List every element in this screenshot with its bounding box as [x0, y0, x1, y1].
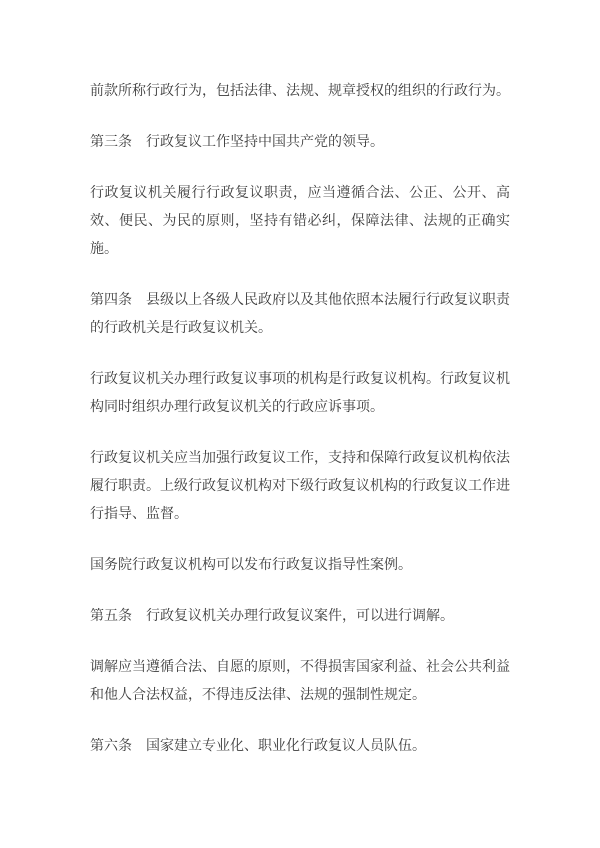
paragraph: 第三条 行政复议工作坚持中国共产党的领导。 [90, 129, 510, 157]
paragraph: 前款所称行政行为，包括法律、法规、规章授权的组织的行政行为。 [90, 78, 510, 106]
paragraph: 调解应当遵循合法、自愿的原则，不得损害国家利益、社会公共利益和他人合法权益，不得… [90, 654, 510, 710]
paragraph: 行政复议机关应当加强行政复议工作，支持和保障行政复议机构依法履行职责。上级行政复… [90, 445, 510, 529]
paragraph: 第六条 国家建立专业化、职业化行政复议人员队伍。 [90, 733, 510, 761]
paragraph: 行政复议机关办理行政复议事项的机构是行政复议机构。行政复议机构同时组织办理行政复… [90, 366, 510, 422]
paragraph: 第五条 行政复议机关办理行政复议案件，可以进行调解。 [90, 603, 510, 631]
paragraph: 国务院行政复议机构可以发布行政复议指导性案例。 [90, 552, 510, 580]
paragraph: 行政复议机关履行行政复议职责，应当遵循合法、公正、公开、高效、便民、为民的原则，… [90, 180, 510, 264]
document-body: 前款所称行政行为，包括法律、法规、规章授权的组织的行政行为。第三条 行政复议工作… [90, 78, 510, 761]
document-page: 前款所称行政行为，包括法律、法规、规章授权的组织的行政行为。第三条 行政复议工作… [0, 0, 600, 848]
paragraph: 第四条 县级以上各级人民政府以及其他依照本法履行行政复议职责的行政机关是行政复议… [90, 287, 510, 343]
